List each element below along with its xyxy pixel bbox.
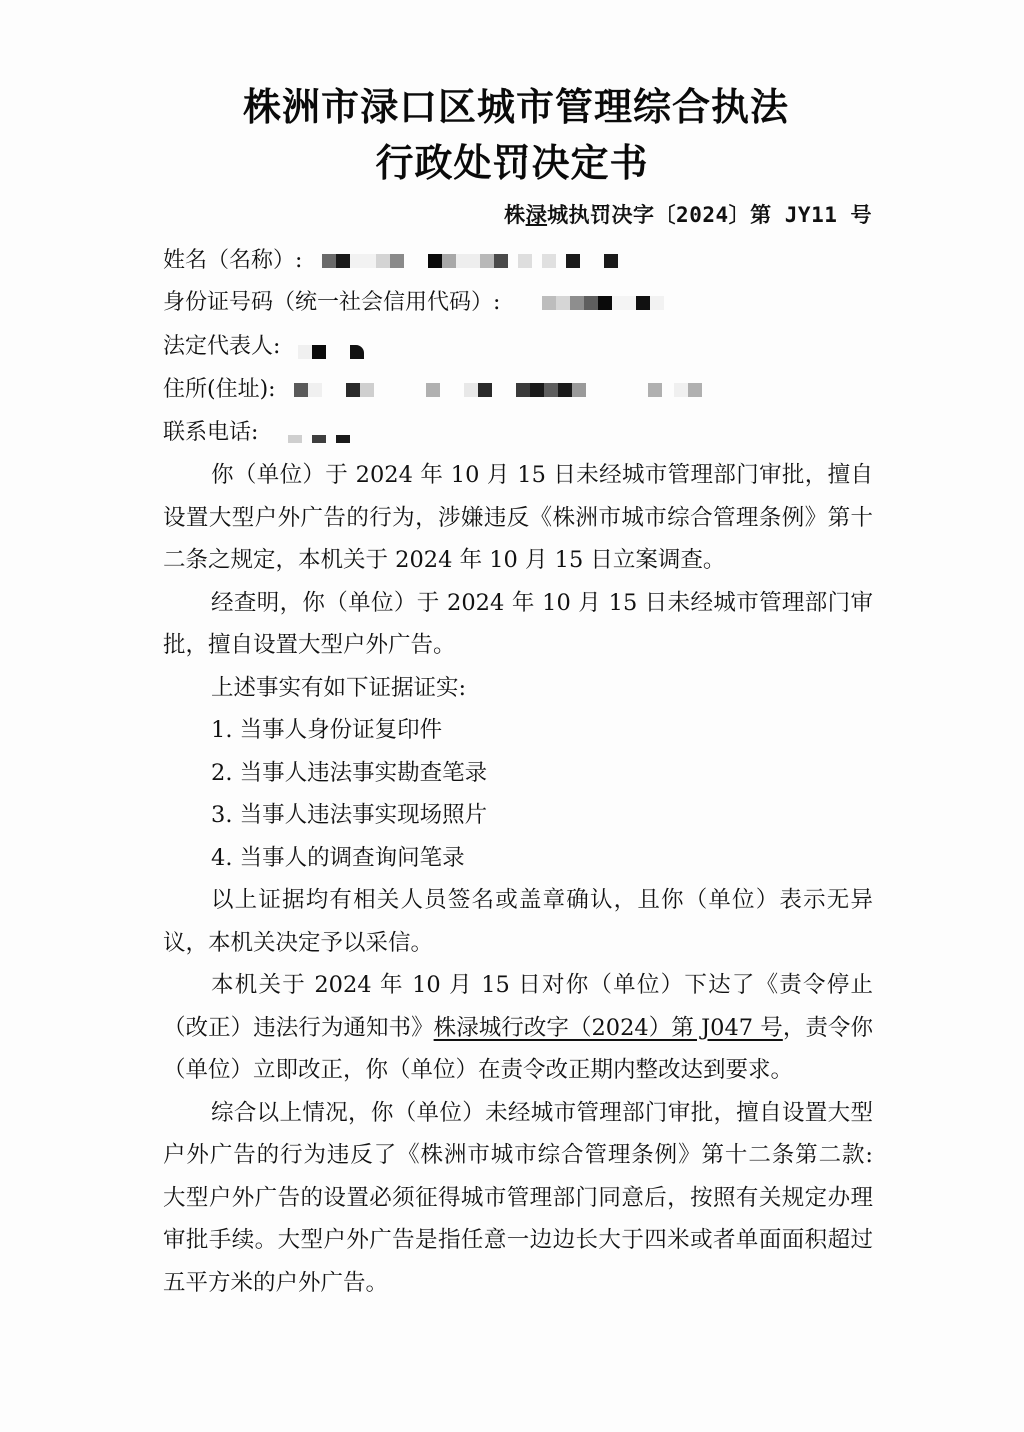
document-body: 你（单位）于 2024 年 10 月 15 日未经城市管理部门审批，擅自设置大型… bbox=[163, 454, 873, 1304]
legal-rep-redacted-value bbox=[298, 344, 364, 360]
evidence-item: 4. 当事人的调查询问笔录 bbox=[163, 837, 873, 880]
paragraph-findings: 经查明，你（单位）于 2024 年 10 月 15 日未经城市管理部门审批，擅自… bbox=[163, 582, 873, 667]
evidence-item: 2. 当事人违法事实勘查笔录 bbox=[163, 752, 873, 795]
field-name: 姓名（名称）: bbox=[163, 246, 618, 276]
doc-number-suffix: 城执罚决字〔2024〕第 JY11 号 bbox=[547, 203, 872, 227]
name-redacted-value bbox=[322, 253, 618, 269]
document-title-line2: 行政处罚决定书 bbox=[0, 140, 1024, 186]
id-label: 身份证号码（统一社会信用代码）: bbox=[163, 288, 500, 318]
evidence-item: 1. 当事人身份证复印件 bbox=[163, 709, 873, 752]
evidence-item: 3. 当事人违法事实现场照片 bbox=[163, 794, 873, 837]
doc-number-underlined: 渌 bbox=[526, 203, 548, 227]
document-title-line1: 株洲市渌口区城市管理综合执法 bbox=[0, 84, 1024, 130]
id-redacted-value bbox=[542, 295, 664, 311]
paragraph-evidence-confirmation: 以上证据均有相关人员签名或盖章确认，且你（单位）表示无异议，本机关决定予以采信。 bbox=[163, 879, 873, 964]
phone-redacted-value bbox=[288, 431, 350, 447]
name-label: 姓名（名称）: bbox=[163, 246, 302, 276]
legal-rep-label: 法定代表人: bbox=[163, 332, 280, 362]
address-label: 住所(住址): bbox=[163, 375, 276, 405]
paragraph-correction-order: 本机关于 2024 年 10 月 15 日对你（单位）下达了《责令停止（改正）违… bbox=[163, 964, 873, 1092]
paragraph-case-filing: 你（单位）于 2024 年 10 月 15 日未经城市管理部门审批，擅自设置大型… bbox=[163, 454, 873, 582]
document-number: 株渌城执罚决字〔2024〕第 JY11 号 bbox=[504, 200, 872, 230]
field-phone: 联系电话: bbox=[163, 418, 350, 448]
paragraph-conclusion: 综合以上情况，你（单位）未经城市管理部门审批，擅自设置大型户外广告的行为违反了《… bbox=[163, 1092, 873, 1305]
document-page: 株洲市渌口区城市管理综合执法 行政处罚决定书 株渌城执罚决字〔2024〕第 JY… bbox=[0, 0, 1024, 1432]
doc-number-prefix: 株 bbox=[504, 203, 526, 227]
field-id-number: 身份证号码（统一社会信用代码）: bbox=[163, 288, 664, 318]
address-redacted-value bbox=[294, 382, 702, 398]
field-address: 住所(住址): bbox=[163, 375, 702, 405]
field-legal-representative: 法定代表人: bbox=[163, 332, 364, 362]
paragraph-evidence-intro: 上述事实有如下证据证实: bbox=[163, 667, 873, 710]
phone-label: 联系电话: bbox=[163, 418, 258, 448]
correction-order-number: 株渌城行改字（2024）第 J047 号 bbox=[434, 1015, 783, 1041]
